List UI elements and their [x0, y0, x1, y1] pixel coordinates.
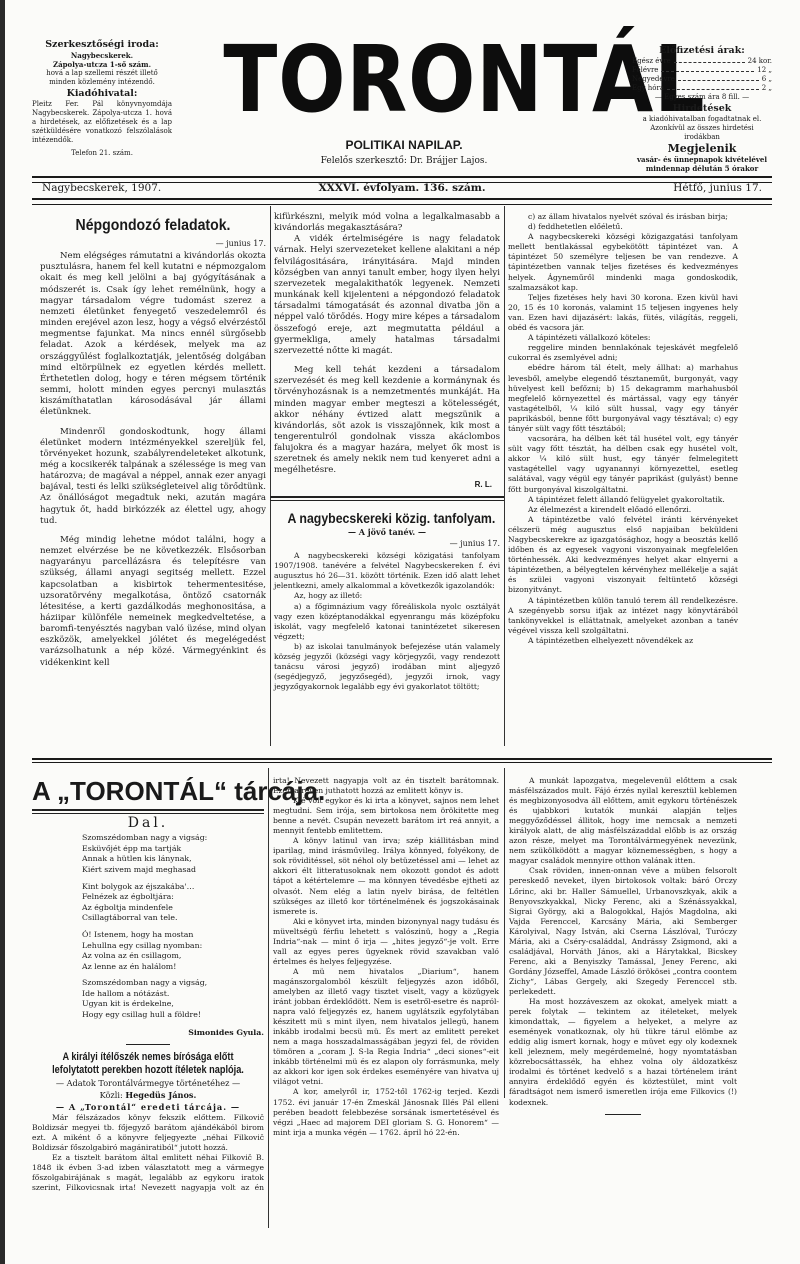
price-row: Egy hóra2 „	[632, 84, 772, 93]
article-nepgondozo-continued: kifürkészni, melyik mód volna a legalkal…	[274, 212, 500, 692]
poem-body: Szomszédomban nagy a vigság:Esküvőjét ép…	[82, 833, 264, 1021]
story-subtitle: — Adatok Torontálvármegye történetéhez —	[32, 1077, 264, 1089]
newspaper-title: TORONTÁL	[223, 32, 584, 128]
article-paragraph: d) feddhetetlen előéletű.	[508, 222, 738, 232]
story-title: A királyi ítélőszék nemes bírósága előtt…	[49, 1051, 246, 1077]
masthead: Szerkesztőségi iroda: Nagybecskerek. Záp…	[32, 30, 772, 176]
feuilleton-title: A „TORONTÁL“ tárcája.	[32, 776, 264, 806]
article-paragraph: Mindenről gondoskodtunk, hogy állami éle…	[40, 427, 266, 527]
story-paragraph: A munkát lapozgatva, megelevenül előttem…	[509, 776, 737, 866]
article-paragraph: A tápintézetben külön tanuló terem áll r…	[508, 596, 738, 636]
article-paragraph: A tápintézetben elhelyezett növendékek a…	[508, 636, 738, 646]
article-paragraph: reggelire minden bennlakónak tejeskávét …	[508, 343, 738, 363]
newspaper-page: Szerkesztőségi iroda: Nagybecskerek. Záp…	[32, 0, 772, 1264]
prices-heading: Előfizetési árak:	[632, 44, 772, 57]
article-paragraph: b) az iskolai tanulmányok befejezése utá…	[274, 642, 500, 692]
feuilleton-story-end: A munkát lapozgatva, megelevenül előttem…	[509, 776, 737, 1121]
appears-text: vasár- és ünnepnapok kivételével mindenn…	[632, 155, 772, 173]
price-row: Egész évre24 kor.	[632, 57, 772, 66]
article-paragraph: A tápintézeti vállalkozó köteles:	[508, 333, 738, 343]
story-paragraph: Csak röviden, innen-onnan véve a müben f…	[509, 866, 737, 997]
article-paragraph: Az élelmezést a kirendelt előadó ellenőr…	[508, 505, 738, 515]
article-paragraph: Meg kell tehát kezdeni a társadalom szer…	[274, 365, 500, 477]
story-original-note: — A „Torontál“ eredeti tárcája. —	[32, 1101, 264, 1113]
article-subtitle: — A jövő tanév. —	[274, 527, 500, 538]
poem-title: Dal.	[32, 818, 264, 829]
phone: Telefon 21. szám.	[32, 149, 172, 158]
story-byline: Közli: Hegedüs János.	[32, 1089, 264, 1101]
price-row: Negyedévre6 „	[632, 75, 772, 84]
column-divider	[270, 206, 271, 746]
volume-issue: XXXVI. évfolyam. 136. szám.	[282, 182, 522, 194]
editor-line: Felelős szerkesztő: Dr. Brájjer Lajos.	[194, 156, 614, 166]
poem-stanza: Szomszédomban nagy a vigság,Ide hallom a…	[82, 978, 264, 1020]
article-paragraph: Még mindig lehetne módot találni, hogy a…	[40, 535, 266, 669]
masthead-subscription-info: Előfizetési árak: Egész évre24 kor. Félé…	[632, 44, 772, 173]
story-paragraph: Már félszázados könyv fekszik előttem. F…	[32, 1113, 264, 1153]
article-paragraph: A nagybecskereki községi közigazgatási t…	[508, 232, 738, 293]
day-date: Hétfő, junius 17.	[673, 182, 762, 194]
office-note: hová a lap szellemi részét illető minden…	[32, 69, 172, 87]
article-paragraph: A vidék értelmiségére is nagy feladatok …	[274, 234, 500, 357]
single-issue-price: — Egyes szám ára 8 fill. —	[632, 93, 772, 102]
story-paragraph: A kor, amelyről ir, 1752-től 1762-ig ter…	[273, 1087, 499, 1137]
column-divider	[504, 206, 505, 746]
newspaper-subtitle: POLITIKAI NAPILAP.	[194, 138, 614, 152]
price-row: Félévre12 „	[632, 66, 772, 75]
article-paragraph: A tápintézet felett állandó felügyelet g…	[508, 495, 738, 505]
article-paragraph: Nem elégséges rámutatni a kivándorlás ok…	[40, 251, 266, 418]
poem-stanza: Kint bolygok az éjszakába'…Felnézek az é…	[82, 882, 264, 924]
article-paragraph: ebédre három tál ételt, mely állhat: a) …	[508, 363, 738, 434]
article-paragraph: a) a főgimnázium vagy főreáliskola nyolc…	[274, 602, 500, 642]
feuilleton-section: A „TORONTÁL“ tárcája. Dal. Szomszédomban…	[32, 776, 264, 1193]
feuilleton-story-continued: irta! Nevezett nagyapja volt az én tiszt…	[273, 776, 499, 1234]
poem-author: Simonides Gyula.	[32, 1027, 264, 1038]
story-paragraph: irta! Nevezett nagyapja volt az én tiszt…	[273, 776, 499, 796]
office-heading: Szerkesztőségi iroda:	[32, 38, 172, 51]
story-paragraph: Ez a tisztelt barátom által emlitett néh…	[32, 1153, 264, 1193]
article-paragraph: A nagybecskereki községi közigatási tanf…	[274, 551, 500, 591]
article-paragraph: vacsorára, ha délben két tál husétel vol…	[508, 434, 738, 495]
column-divider	[504, 768, 505, 1098]
masthead-title-block: TORONTÁL POLITIKAI NAPILAP. Felelős szer…	[194, 30, 614, 166]
article-title: Népgondozó feladatok.	[54, 216, 253, 236]
article-paragraph: kifürkészni, melyik mód volna a legalkal…	[274, 212, 500, 234]
article-paragraph: c) az állam hivatalos nyelvét szóval és …	[508, 212, 738, 222]
ads-heading: Hirdetések	[632, 102, 772, 115]
place-year: Nagybecskerek, 1907.	[42, 182, 161, 194]
office-street: Zápolya-utcza 1-ső szám.	[32, 60, 172, 69]
publisher-heading: Kiadóhivatal:	[32, 87, 172, 100]
column-divider	[268, 768, 269, 1228]
poem-stanza: Szomszédomban nagy a vigság:Esküvőjét ép…	[82, 833, 264, 875]
date-bar-rule	[32, 198, 772, 205]
article-dateline: — junius 17.	[274, 538, 500, 549]
masthead-office-info: Szerkesztőségi iroda: Nagybecskerek. Záp…	[32, 38, 172, 158]
date-bar: Nagybecskerek, 1907. XXXVI. évfolyam. 13…	[32, 180, 772, 198]
story-paragraph: Kié volt egykor és ki irta a könyvet, sa…	[273, 796, 499, 836]
feuilleton-rule	[32, 809, 264, 814]
article-title: A nagybecskereki közig. tanfolyam.	[288, 509, 487, 527]
page-edge-shadow	[0, 0, 5, 1264]
article-nepgondozo: Népgondozó feladatok. — junius 17. Nem e…	[40, 212, 266, 669]
article-separator	[270, 496, 504, 501]
publisher-text: Pleitz Fer. Pál könyvnyomdája Nagybecske…	[32, 100, 172, 145]
article-dateline: — junius 17.	[40, 238, 266, 249]
story-paragraph: A könyv latinul van irva; szép kiállitás…	[273, 836, 499, 916]
story-paragraph: A mü nem hivatalos „Diarium“, hanem magá…	[273, 967, 499, 1088]
article-paragraph: A tápintézetbe való felvétel iránti kérv…	[508, 515, 738, 596]
office-city: Nagybecskerek.	[32, 51, 172, 60]
ads-text: a kiadóhivatalban fogadtatnak el. Azonkí…	[632, 115, 772, 142]
section-divider	[32, 758, 772, 763]
article-paragraph: Teljes fizetéses hely havi 30 korona. Ez…	[508, 293, 738, 333]
appears-heading: Megjelenik	[632, 142, 772, 155]
story-paragraph: Ha most hozzáveszem az okokat, amelyek m…	[509, 997, 737, 1108]
article-signature: R. L.	[274, 479, 500, 490]
poem-stanza: Ó! Istenem, hogy ha mostanLehullna egy c…	[82, 930, 264, 972]
article-tanfolyam-continued: c) az állam hivatalos nyelvét szóval és …	[508, 212, 738, 646]
article-paragraph: Az, hogy az illető:	[274, 591, 500, 601]
story-paragraph: Aki e könyvet irta, minden bizonynyal na…	[273, 917, 499, 967]
end-divider	[605, 1114, 641, 1115]
short-divider	[126, 1044, 170, 1045]
